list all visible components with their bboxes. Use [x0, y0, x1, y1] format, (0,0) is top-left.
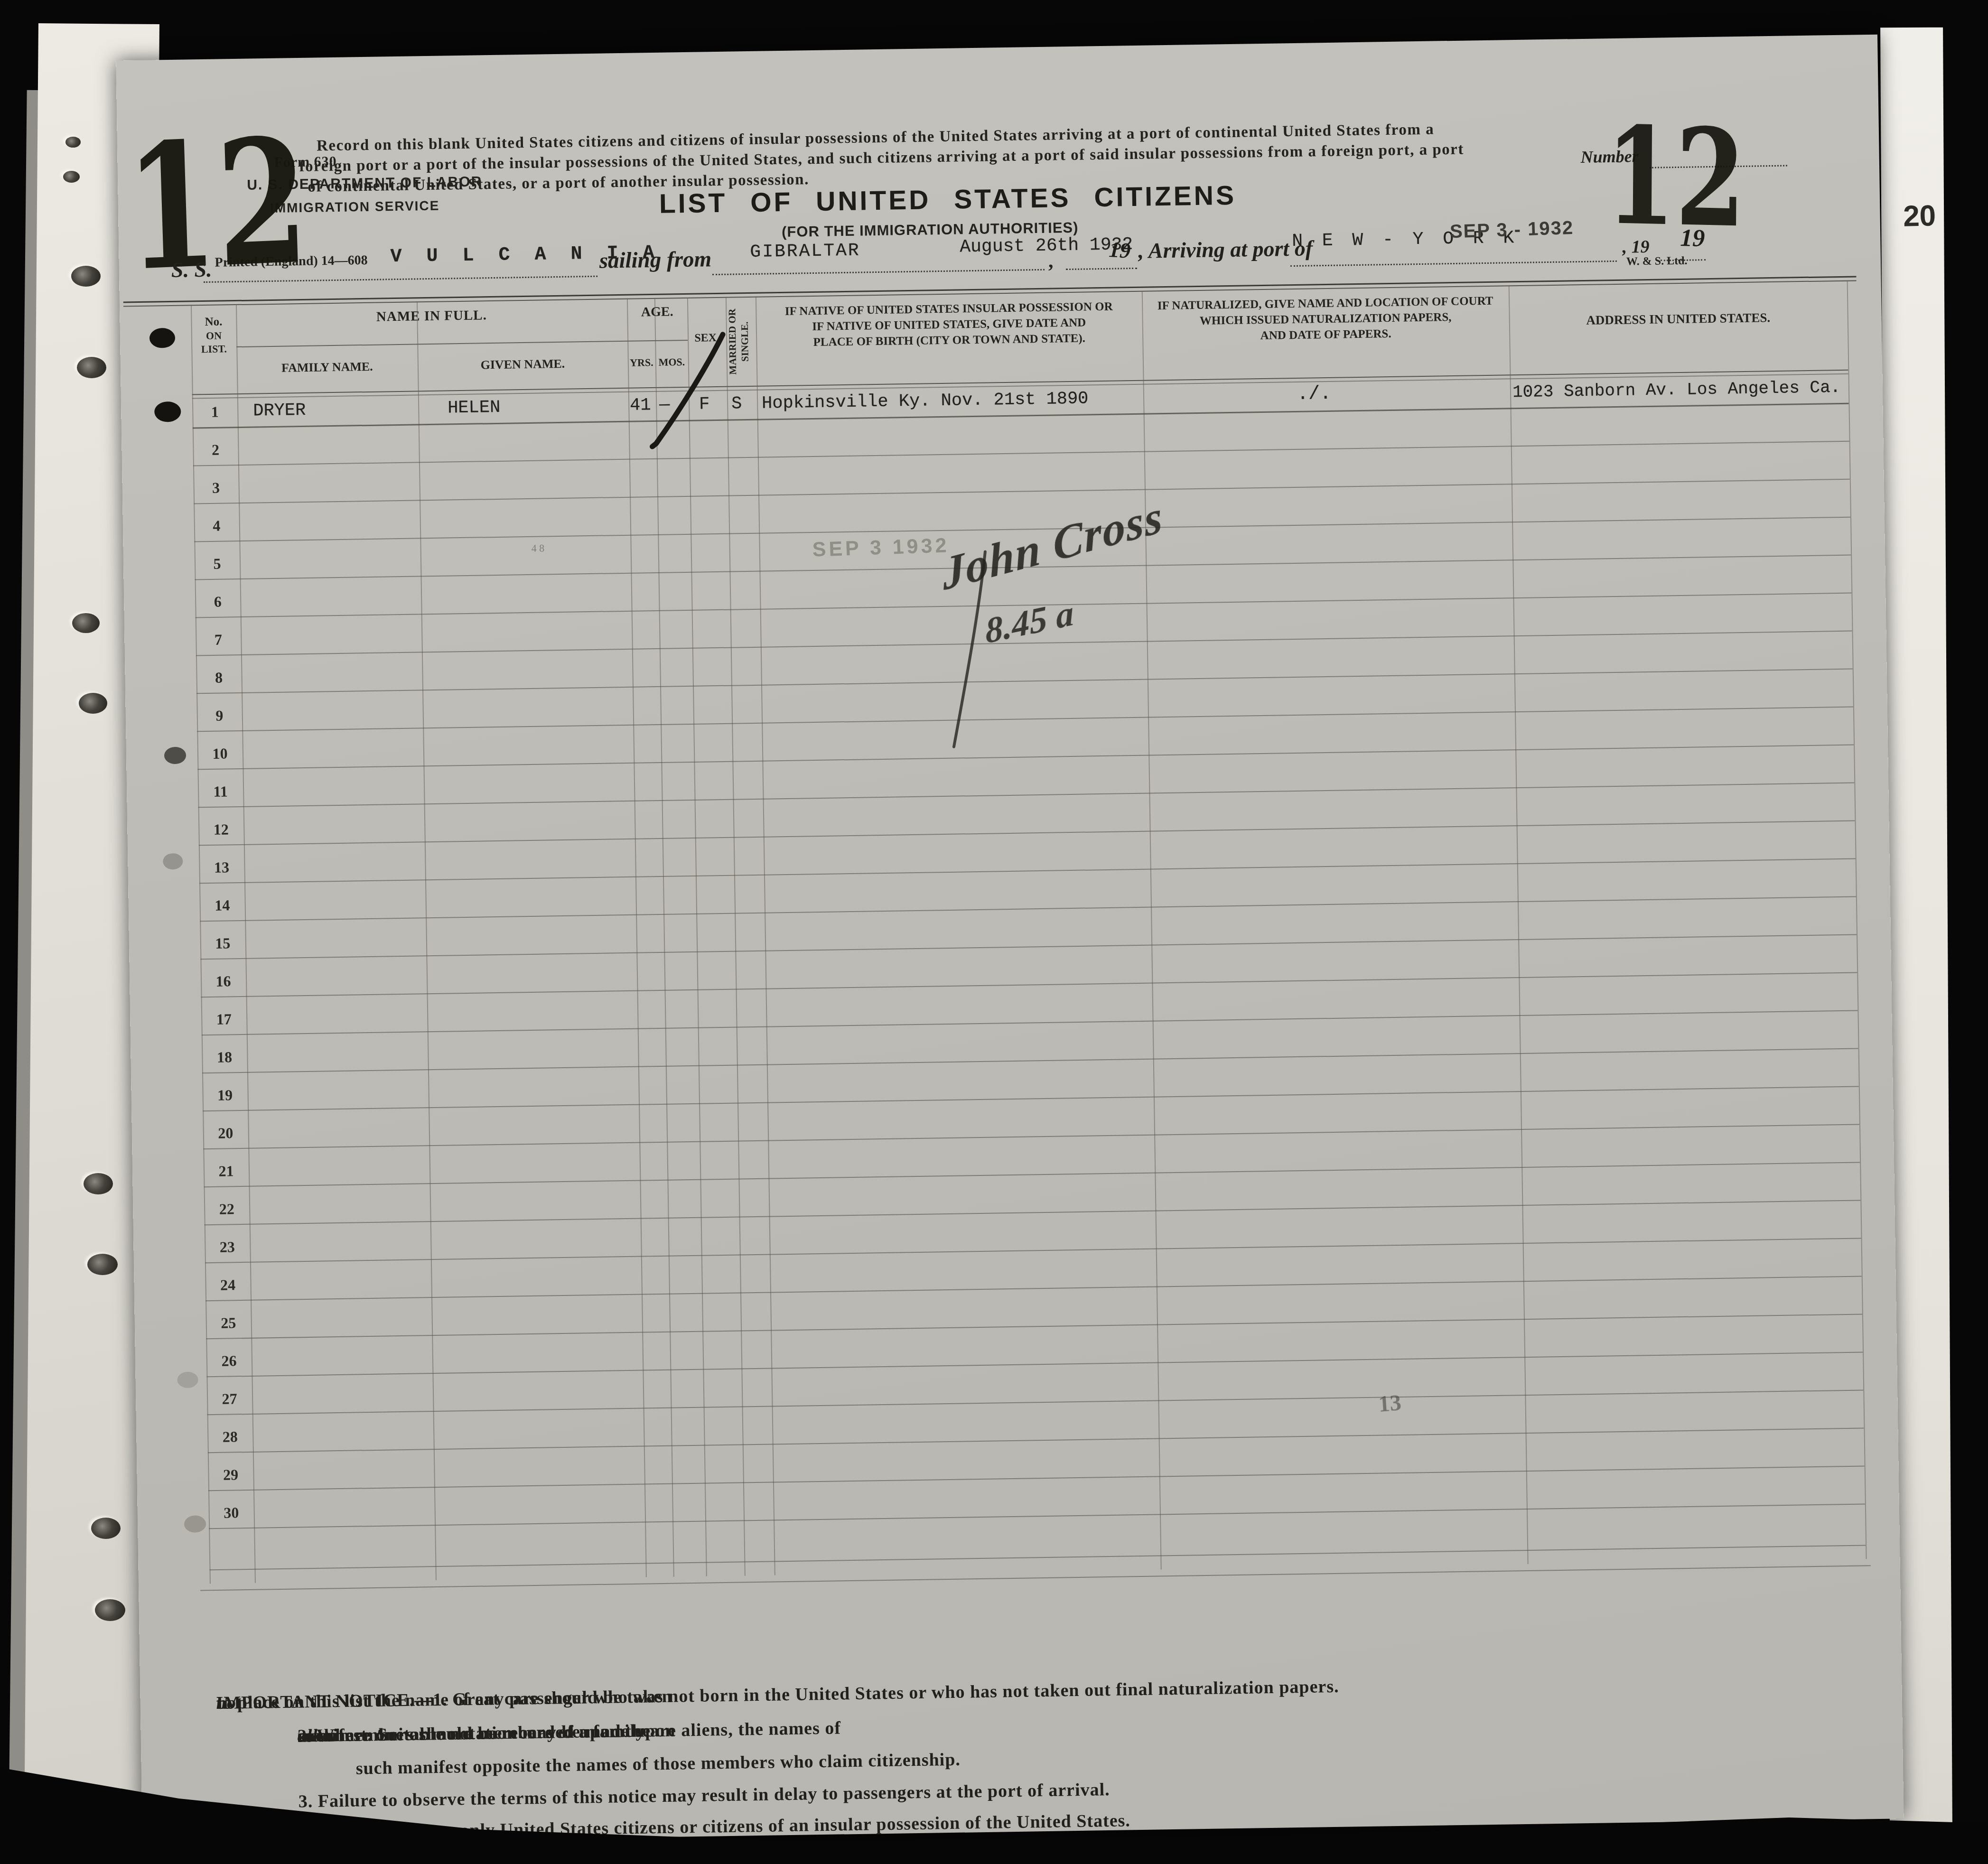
binder-hole	[63, 171, 80, 183]
signature-descender	[951, 552, 988, 747]
binder-hole	[77, 357, 106, 378]
binder-hole	[72, 613, 100, 633]
binder-hole	[84, 1173, 113, 1194]
pen-strokes-overlay	[116, 35, 1904, 1845]
scanned-manifest-page: 20 Form 630 U. S. DEPARTMENT OF LABOR IM…	[0, 0, 1988, 1864]
binder-hole	[95, 1599, 125, 1621]
binder-hole	[87, 1254, 118, 1275]
binder-hole	[91, 1518, 121, 1539]
binder-hole	[71, 266, 101, 287]
binder-hole	[65, 137, 81, 148]
form-page: Form 630 U. S. DEPARTMENT OF LABOR IMMIG…	[116, 35, 1904, 1845]
pen-check-over-age	[651, 335, 724, 447]
binder-hole	[79, 693, 107, 714]
page-number-pencil: 20	[1903, 199, 1936, 233]
